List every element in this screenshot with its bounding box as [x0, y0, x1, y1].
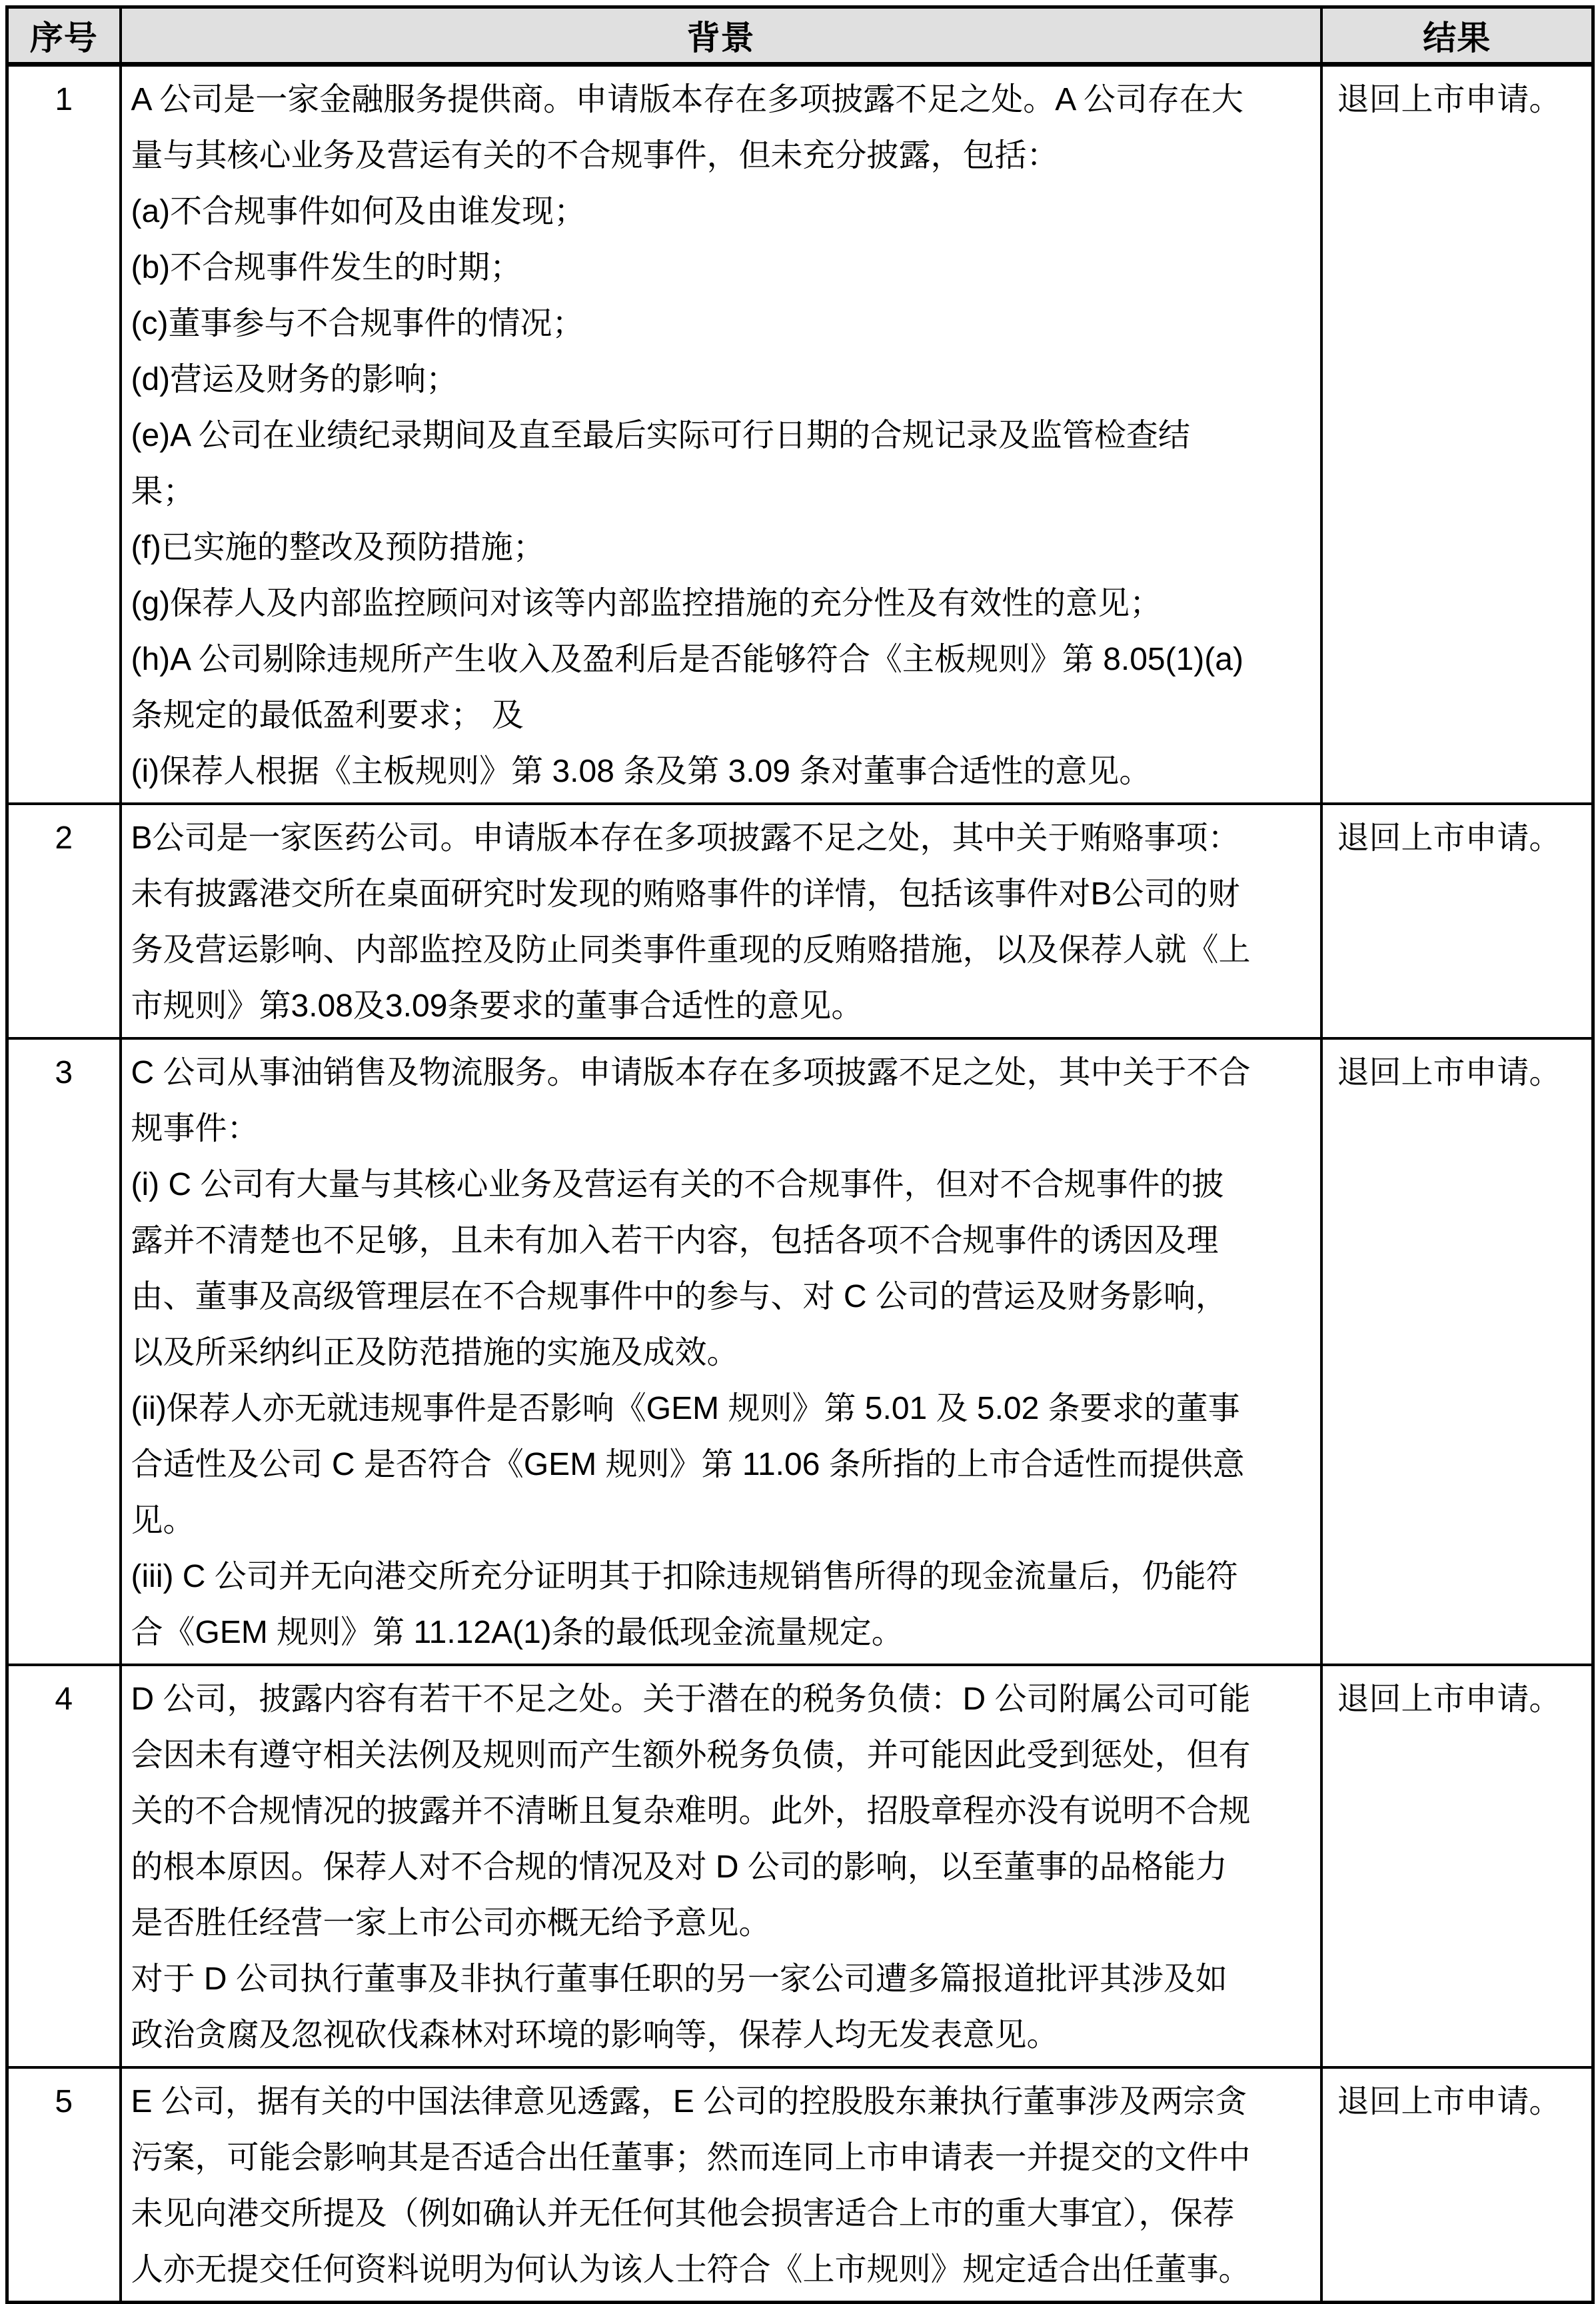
table-row: 4 D 公司，披露内容有若干不足之处。关于潜在的税务负债：D 公司附属公司可能 …: [7, 1665, 1593, 2067]
case-number-cell: 4: [7, 1665, 121, 2067]
case-background-cell: B公司是一家医药公司。申请版本存在多项披露不足之处，其中关于贿赂事项： 未有披露…: [121, 804, 1321, 1038]
case-background-cell: C 公司从事油销售及物流服务。申请版本存在多项披露不足之处，其中关于不合 规事件…: [121, 1038, 1321, 1665]
table-row: 1 A 公司是一家金融服务提供商。申请版本存在多项披露不足之处。A 公司存在大 …: [7, 65, 1593, 804]
case-result-cell: 退回上市申请。: [1321, 65, 1593, 804]
case-result-cell: 退回上市申请。: [1321, 804, 1593, 1038]
case-number-cell: 3: [7, 1038, 121, 1665]
case-result-cell: 退回上市申请。: [1321, 1665, 1593, 2067]
case-background-cell: A 公司是一家金融服务提供商。申请版本存在多项披露不足之处。A 公司存在大 量与…: [121, 65, 1321, 804]
listing-cases-table: 序号 背景 结果 1 A 公司是一家金融服务提供商。申请版本存在多项披露不足之处…: [5, 5, 1595, 2304]
case-background-cell: E 公司，据有关的中国法律意见透露，E 公司的控股股东兼执行董事涉及两宗贪 污案…: [121, 2067, 1321, 2303]
case-background-cell: D 公司，披露内容有若干不足之处。关于潜在的税务负债：D 公司附属公司可能 会因…: [121, 1665, 1321, 2067]
column-header-background: 背景: [121, 7, 1321, 65]
table-body: 1 A 公司是一家金融服务提供商。申请版本存在多项披露不足之处。A 公司存在大 …: [7, 65, 1593, 2303]
column-header-no: 序号: [7, 7, 121, 65]
case-result-cell: 退回上市申请。: [1321, 1038, 1593, 1665]
case-number-cell: 5: [7, 2067, 121, 2303]
document-page: 序号 背景 结果 1 A 公司是一家金融服务提供商。申请版本存在多项披露不足之处…: [5, 5, 1591, 2304]
column-header-result: 结果: [1321, 7, 1593, 65]
case-number-cell: 2: [7, 804, 121, 1038]
table-row: 5 E 公司，据有关的中国法律意见透露，E 公司的控股股东兼执行董事涉及两宗贪 …: [7, 2067, 1593, 2303]
table-row: 2 B公司是一家医药公司。申请版本存在多项披露不足之处，其中关于贿赂事项： 未有…: [7, 804, 1593, 1038]
case-result-cell: 退回上市申请。: [1321, 2067, 1593, 2303]
table-row: 3 C 公司从事油销售及物流服务。申请版本存在多项披露不足之处，其中关于不合 规…: [7, 1038, 1593, 1665]
table-header-row: 序号 背景 结果: [7, 7, 1593, 65]
case-number-cell: 1: [7, 65, 121, 804]
